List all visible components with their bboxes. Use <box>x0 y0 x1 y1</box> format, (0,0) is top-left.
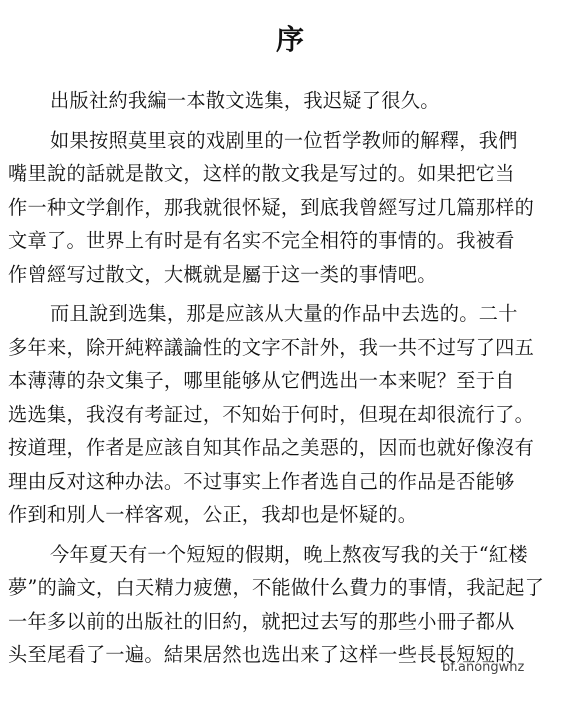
text-line: 夢”的論文，白天精力疲憊，不能做什么費力的事情，我記起了 <box>8 571 572 605</box>
text-line: 按道理，作者是应該自知其作品之美惡的，因而也就好像沒有 <box>8 431 572 465</box>
paragraph-4: 今年夏天有一个短短的假期，晚上熬夜写我的关于“紅楼 夢”的論文，白天精力疲憊，不… <box>8 538 572 672</box>
page-title: 序 <box>0 18 580 58</box>
text-line: 作到和別人一样客观，公正，我却也是怀疑的。 <box>8 498 572 532</box>
document-body: 出版社約我編一本散文选集，我迟疑了很久。 如果按照莫里哀的戏剧里的一位哲学教师的… <box>8 84 572 672</box>
paragraph-2: 如果按照莫里哀的戏剧里的一位哲学教师的解釋，我們 嘴里說的話就是散文，这样的散文… <box>8 124 572 292</box>
text-line: 文章了。世界上有时是有名实不完全相符的事情的。我被看 <box>8 224 572 258</box>
paragraph-1: 出版社約我編一本散文选集，我迟疑了很久。 <box>8 84 572 118</box>
text-line: 本薄薄的杂文集子，哪里能够从它們选出一本来呢？至于自 <box>8 364 572 398</box>
text-line: 作一种文学創作，那我就很怀疑，到底我曾經写过几篇那样的 <box>8 191 572 225</box>
text-line: 而且說到选集，那是应該从大量的作品中去选的。二十 <box>8 297 572 331</box>
paragraph-3: 而且說到选集，那是应該从大量的作品中去选的。二十 多年来，除开純粹議論性的文字不… <box>8 297 572 532</box>
text-line: 出版社約我編一本散文选集，我迟疑了很久。 <box>8 84 572 118</box>
text-line: 如果按照莫里哀的戏剧里的一位哲学教师的解釋，我們 <box>8 124 572 158</box>
watermark: bf.anongwhz <box>442 660 524 675</box>
text-line: 今年夏天有一个短短的假期，晚上熬夜写我的关于“紅楼 <box>8 538 572 572</box>
text-line: 一年多以前的出版社的旧約，就把过去写的那些小冊子都从 <box>8 605 572 639</box>
text-line: 嘴里說的話就是散文，这样的散文我是写过的。如果把它当 <box>8 157 572 191</box>
text-line: 多年来，除开純粹議論性的文字不計外，我一共不过写了四五 <box>8 331 572 365</box>
text-line: 理由反对这种办法。不过事实上作者选自己的作品是否能够 <box>8 465 572 499</box>
text-line: 作曾經写过散文，大概就是屬于这一类的事情吧。 <box>8 258 572 292</box>
text-line: 选选集，我沒有考証过，不知始于何时，但現在却很流行了。 <box>8 398 572 432</box>
